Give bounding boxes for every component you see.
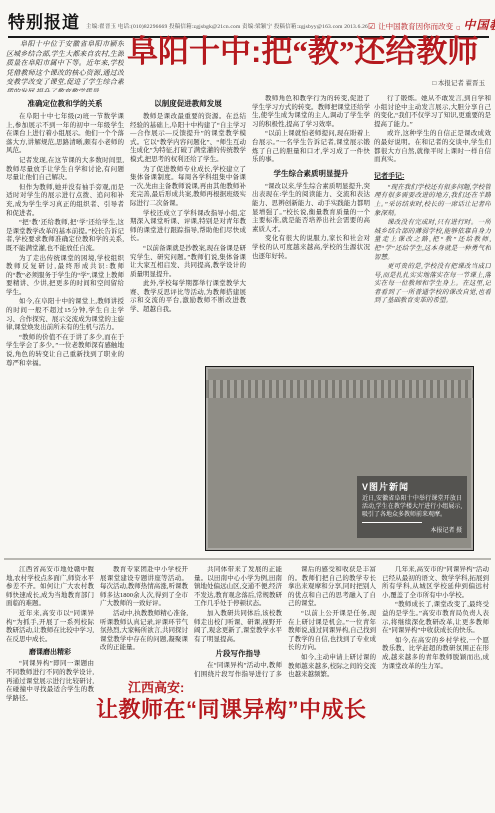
second-headline: 江西高安: 让教师在“同课异构”中成长 [96,678,398,738]
paper-slogan: 让中国教育因你而改变 [378,21,453,32]
article-paragraph: 江西省高安市地处赣中腹地,农村学校点多面广,师资水平参差不齐。如何让广大农村教师… [6,566,94,609]
article-paragraph: 如今,在阜阳十中的课堂上,教师讲授的时间一般不超过15分钟,学生自主学习、合作探… [6,298,124,332]
article-paragraph: 记者发现,在这节课的大多数时间里,教师尽量放手让学生自学和讨论,有问题尽量让他们… [6,157,124,183]
photo-caption-box: V图片新闻 近日,安徽省阜阳十中举行课堂开放日活动,学生在教学楼大厅进行小组展示… [357,476,467,538]
article-paragraph: 准确定位教和学的关系 [6,99,124,109]
article-paragraph: 课改没有完成时,只有进行时。一所城乡结合部的薄弱学校,能够依靠自身力量走上课改之… [374,219,491,262]
article-paragraph: 变化有很大的说服力,家长和社会对学校的认可度越来越高,学校的生源状况也逐年好转。 [252,235,370,261]
article-paragraph: 在阜阳十中七年级(2)班一节数学课上,参加展示不到一年的初中一年级学生在课台上进… [6,113,124,156]
lead-column-3: 教师角色和教学行为的转变,促进了学生学习方式的转变。教师把课堂还给学生,使学生成… [252,95,370,365]
square-icon: ◻ [456,25,460,31]
lead-intro: 阜阳十中位于安徽省阜阳市颍东区城乡结合部,学生大都来自农村,生源质量在阜阳市属中… [6,40,124,92]
checkbox-icon: ☑ [368,22,375,31]
section-divider [4,558,491,560]
second-headline-line1: 江西高安: [128,680,398,696]
newspaper-page: 特别报道 主编:翟晋玉 电话:(010)82296669 投稿信箱:zgjsbg… [0,0,495,813]
article-paragraph: 学生综合素质明显提升 [252,169,370,179]
article-paragraph: 磨课磨出精彩 [6,648,94,657]
caption-rule [362,522,422,523]
photo-news-badge: V图片新闻 [362,480,462,493]
article-paragraph: “以前上公开课是任务,现在上研讨课是机会。”一位青年教师说,通过同课异构,自己找… [288,610,376,653]
article-paragraph: 教育专家团赴中小学校开展课堂建设专题讲座等活动。每次活动,教师热情高涨,听课教师… [100,566,188,609]
article-paragraph: 教师角色和教学行为的转变,促进了学生学习方式的转变。教师把课堂还给学生,使学生成… [252,95,370,129]
second-column-5: 几年来,高安市的“同课异构”活动已经从最初的语文、数学学科,拓展到所有学科,从城… [382,566,489,808]
lead-byline: □ 本报记者 翟晋玉 [432,78,485,87]
masthead-info-line: 主编:翟晋玉 电话:(010)82296669 投稿信箱:zgjsbgk@21c… [86,22,368,30]
article-paragraph: 教师是课改最重要的资源。在总结经验的基础上,阜阳十中构建了“自主学习—合作展示—… [130,113,246,165]
masthead-right: ☑ 让中国教育因你而改变 ◻ 中国教师报 2 [368,16,495,33]
article-paragraph: 共同体带来了发展的正能量。以田南中心小学为例,田南镇地处偏远山区,交通不便,经济… [194,566,282,609]
article-paragraph: 为了走出传统课堂的困境,学校组织教师反复研讨,最终形成共识:教师的“教”必须服务… [6,255,124,298]
news-photo: V图片新闻 近日,安徽省阜阳十中举行课堂开放日活动,学生在教学楼大厅进行小组展示… [205,366,474,551]
article-paragraph: 近年来,高安市以“同课异构”为抓手,开展了一系列校际教研活动,让教师在比较中学习… [6,610,94,644]
article-paragraph: 如今,在高安的乡村学校,一个愿教乐教、比学赶超的教研氛围正在形成,越来越多的青年… [382,637,489,671]
article-paragraph: “教师成长了,课堂改变了,最终受益的是学生。”高安市教育局负责人表示,将继续深化… [382,601,489,635]
paper-name: 中国教师报 [463,16,495,33]
masthead-left: 特别报道 主编:翟晋玉 电话:(010)82296669 投稿信箱:zgjsbg… [8,8,368,33]
photo-caption: 近日,安徽省阜阳十中举行课堂开放日活动,学生在教学楼大厅进行小组展示,吸引了各地… [362,495,462,519]
article-paragraph: 学校还成立了学科课改指导小组,定期深入课堂听课、评课,特别是对青年教师的课堂进行… [130,210,246,244]
lead-column-4: 行了锻炼。她从不敢发言,到自学和小组讨论中主动发言展示,大胆分享自己的变化,“我… [374,95,491,365]
article-paragraph: 片段写作指导 [194,649,282,659]
article-paragraph: “以前上课就怕老师提问,现在盼着上台展示。”一名学生告诉记者,课堂展示锻炼了自己… [252,130,370,164]
article-paragraph: “课改以来,学生综合素质明显提升,突出表现在:学生的阅读能力、交流和表达能力、思… [252,183,370,235]
second-column-1: 江西省高安市地处赣中腹地,农村学校点多面广,师资水平参差不齐。如何让广大农村教师… [6,566,94,808]
article-paragraph: “以前备课就是抄教案,现在备课是研究学生、研究问题。”教师们说,集体备课让大家互… [130,245,246,279]
article-paragraph: 记者手记: [374,172,491,181]
article-paragraph: “把‘教’还给教师,把‘学’还给学生,这是课堂教学改革的基本前提。”校长告诉记者… [6,219,124,253]
article-paragraph: 此外,学校每学期都举行课堂教学大赛、教学反思评比等活动,为教师搭建展示和交流的平… [130,280,246,314]
article-paragraph: 如今,主动申请上研讨课的教师越来越多,校际之间的交流也越来越频繁。 [288,654,376,680]
article-paragraph: 更可贵的是,学校没有把课改当成口号,而是扎扎实实地落实在每一节课上,落实在每一位… [374,263,491,306]
article-paragraph: 但作为教师,她并没有袖手旁观,而是适时对学生的展示进行点拨、追问和补充,成为学生… [6,184,124,218]
photo-credit: 本报记者 摄 [362,525,462,534]
article-paragraph: 或许,这种学生的自信正是课改成效的最好说明。在和记者的交谈中,学生们都很大方自然… [374,130,491,164]
second-headline-line2: 让教师在“同课异构”中成长 [96,696,398,724]
article-paragraph: “现在我们学校还有很多问题,学校管理有很多需要改进的地方,我们还在半路上。”采访… [374,184,491,218]
lead-headline: 阜阳十中:把“教”还给教师 [127,36,492,69]
article-paragraph: 行了锻炼。她从不敢发言,到自学和小组讨论中主动发言展示,大胆分享自己的变化,“我… [374,95,491,129]
article-paragraph: 加入教研共同体后,该校教师走出校门听课、研课,视野开阔了,观念更新了,课堂教学水… [194,610,282,644]
section-label: 特别报道 [8,8,80,33]
article-paragraph: 为了促进教师专业成长,学校建立了集体备课制度。每周各学科组集中备课一次,先由主备… [130,166,246,209]
article-paragraph: 以制度促进教师发展 [130,99,246,109]
lead-headline-rest: 把“教”还给教师 [261,34,478,69]
article-paragraph: “同课异构”即同一课题由不同教师进行不同的教学设计,再通过课堂展示进行比较研讨,… [6,660,94,703]
article-paragraph: 活动中,执教教师精心准备,听课教师认真记录,评课环节气氛热烈,大家畅所欲言,共同… [100,610,188,653]
lead-headline-prefix: 阜阳十中: [127,34,261,69]
article-paragraph: 课后的感受和收获是丰富的。教师们把自己的教学专长拿出来观摩和分享,同时把别人的优… [288,566,376,609]
article-paragraph: “教师的价值不在于讲了多少,而在于学生学会了多少。”一位老教师深有感触地说,角色… [6,334,124,368]
article-paragraph: 几年来,高安市的“同课异构”活动已经从最初的语文、数学学科,拓展到所有学科,从城… [382,566,489,600]
lead-column-1: 准确定位教和学的关系在阜阳十中七年级(2)班一节数学课上,参加展示不到一年的初中… [6,95,124,559]
